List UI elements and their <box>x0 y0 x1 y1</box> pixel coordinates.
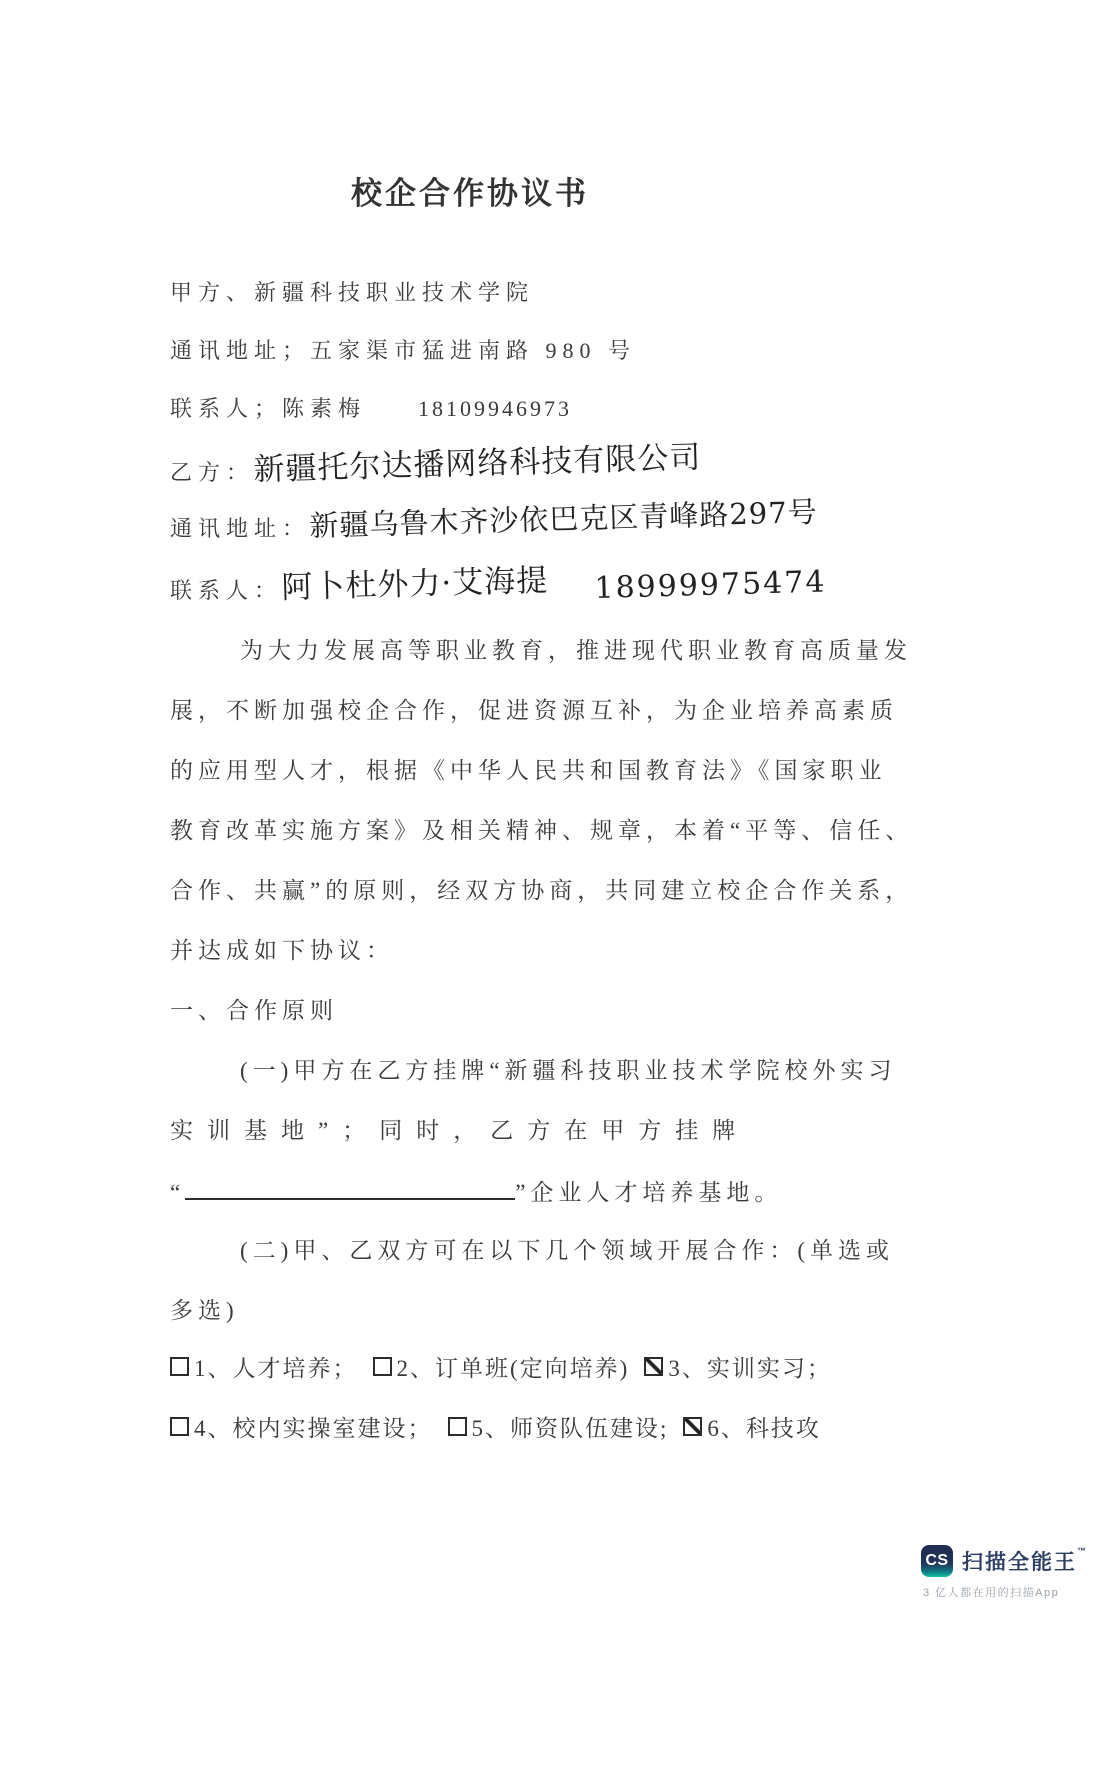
clause2-line-1: (二)甲、乙双方可在以下几个领域开展合作：(单选或 <box>170 1232 940 1265</box>
preamble-line-3: 的应用型人才，根据《中华人民共和国教育法》《国家职业 <box>170 752 940 785</box>
option-5: 5、师资队伍建设; <box>448 1410 669 1443</box>
preamble-line-4: 教育改革实施方案》及相关精神、规章，本着“平等、信任、 <box>170 812 940 845</box>
party-a-address-line: 通讯地址；五家渠市猛进南路 980 号 <box>170 334 940 365</box>
option-1-label: 1、人才培养； <box>194 1350 358 1383</box>
option-3-label: 3、实训实习； <box>668 1350 832 1383</box>
watermark-tagline: 3 亿人都在用的扫描App <box>921 1584 1088 1600</box>
section1-heading: 一、合作原则 <box>170 992 940 1025</box>
clause1-close-text: ”企业人才培养基地。 <box>515 1180 782 1205</box>
party-b-label: 乙方： <box>170 460 254 485</box>
clause1-line-3: “”企业人才培养基地。 <box>170 1172 940 1207</box>
party-a-contact-line: 联系人；陈素梅18109946973 <box>170 392 940 423</box>
checkbox-option-3 <box>644 1357 663 1376</box>
party-a-label: 甲方、 <box>170 280 254 305</box>
party-b-contact-label: 联系人： <box>170 578 282 603</box>
preamble-line-2: 展，不断加强校企合作，促进资源互补，为企业培养高素质 <box>170 692 940 725</box>
party-a-address-label: 通讯地址； <box>170 338 310 363</box>
party-b-contact-line: 联系人：阿卜杜外力·艾海提18999975474 <box>170 562 940 607</box>
options-row-1: 1、人才培养； 2、订单班(定向培养) 3、实训实习； <box>170 1350 940 1383</box>
checkbox-option-2 <box>373 1357 392 1376</box>
party-a-name: 新疆科技职业技术学院 <box>254 280 534 305</box>
party-b-line: 乙方：新疆托尔达播网络科技有限公司 <box>170 444 940 489</box>
option-6-label: 6、科技攻 <box>707 1410 821 1443</box>
party-a-contact-label: 联系人； <box>170 396 282 421</box>
watermark-app-name-text: 扫描全能王 <box>962 1551 1077 1574</box>
party-a-line: 甲方、新疆科技职业技术学院 <box>170 276 940 307</box>
camscanner-watermark: CS 扫描全能王™ 3 亿人都在用的扫描App <box>921 1545 1088 1600</box>
watermark-app-name: 扫描全能王™ <box>962 1546 1088 1576</box>
party-a-contact-name: 陈素梅 <box>282 396 366 421</box>
option-3: 3、实训实习； <box>644 1350 832 1383</box>
preamble-line-1: 为大力发展高等职业教育，推进现代职业教育高质量发 <box>170 632 940 665</box>
clause1-line-1: (一)甲方在乙方挂牌“新疆科技职业技术学院校外实习 <box>170 1052 940 1085</box>
party-b-address-handwriting: 新疆乌鲁木齐沙依巴克区青峰路297号 <box>309 490 818 545</box>
party-b-address-label: 通讯地址： <box>170 516 310 541</box>
checkbox-option-1 <box>170 1357 189 1376</box>
party-b-contact-name-handwriting: 阿卜杜外力·艾海提 <box>281 555 549 607</box>
option-4: 4、校内实操室建设； <box>170 1410 433 1443</box>
party-b-address-line: 通讯地址：新疆乌鲁木齐沙依巴克区青峰路297号 <box>170 504 940 545</box>
option-1: 1、人才培养； <box>170 1350 358 1383</box>
option-5-label: 5、师资队伍建设; <box>472 1410 669 1443</box>
trademark-symbol: ™ <box>1077 1546 1088 1556</box>
option-6: 6、科技攻 <box>683 1410 821 1443</box>
checkbox-option-4 <box>170 1417 189 1436</box>
party-a-address-value: 五家渠市猛进南路 980 号 <box>310 338 636 363</box>
clause2-line-2: 多选) <box>170 1292 940 1325</box>
clause1-line-2: 实训基地”；同时，乙方在甲方挂牌 <box>170 1112 940 1145</box>
preamble-line-5: 合作、共赢”的原则，经双方协商，共同建立校企合作关系， <box>170 872 940 905</box>
option-2-label: 2、订单班(定向培养) <box>397 1350 630 1383</box>
blank-fill-underline <box>185 1172 515 1200</box>
preamble-line-6: 并达成如下协议： <box>170 932 940 965</box>
option-2: 2、订单班(定向培养) <box>373 1350 630 1383</box>
scanned-document-page: 校企合作协议书 甲方、新疆科技职业技术学院 通讯地址；五家渠市猛进南路 980 … <box>0 0 1104 1792</box>
open-quote: “ <box>170 1180 185 1205</box>
watermark-row: CS 扫描全能王™ <box>921 1545 1088 1577</box>
checkbox-option-5 <box>448 1417 467 1436</box>
option-4-label: 4、校内实操室建设； <box>194 1410 433 1443</box>
options-row-2: 4、校内实操室建设； 5、师资队伍建设; 6、科技攻 <box>170 1410 940 1443</box>
camscanner-logo-icon: CS <box>921 1545 953 1577</box>
party-b-name-handwriting: 新疆托尔达播网络科技有限公司 <box>253 432 702 489</box>
checkbox-option-6 <box>683 1417 702 1436</box>
document-title: 校企合作协议书 <box>170 168 770 213</box>
party-a-contact-phone: 18109946973 <box>418 396 572 422</box>
party-b-contact-phone-handwriting: 18999975474 <box>594 565 827 606</box>
